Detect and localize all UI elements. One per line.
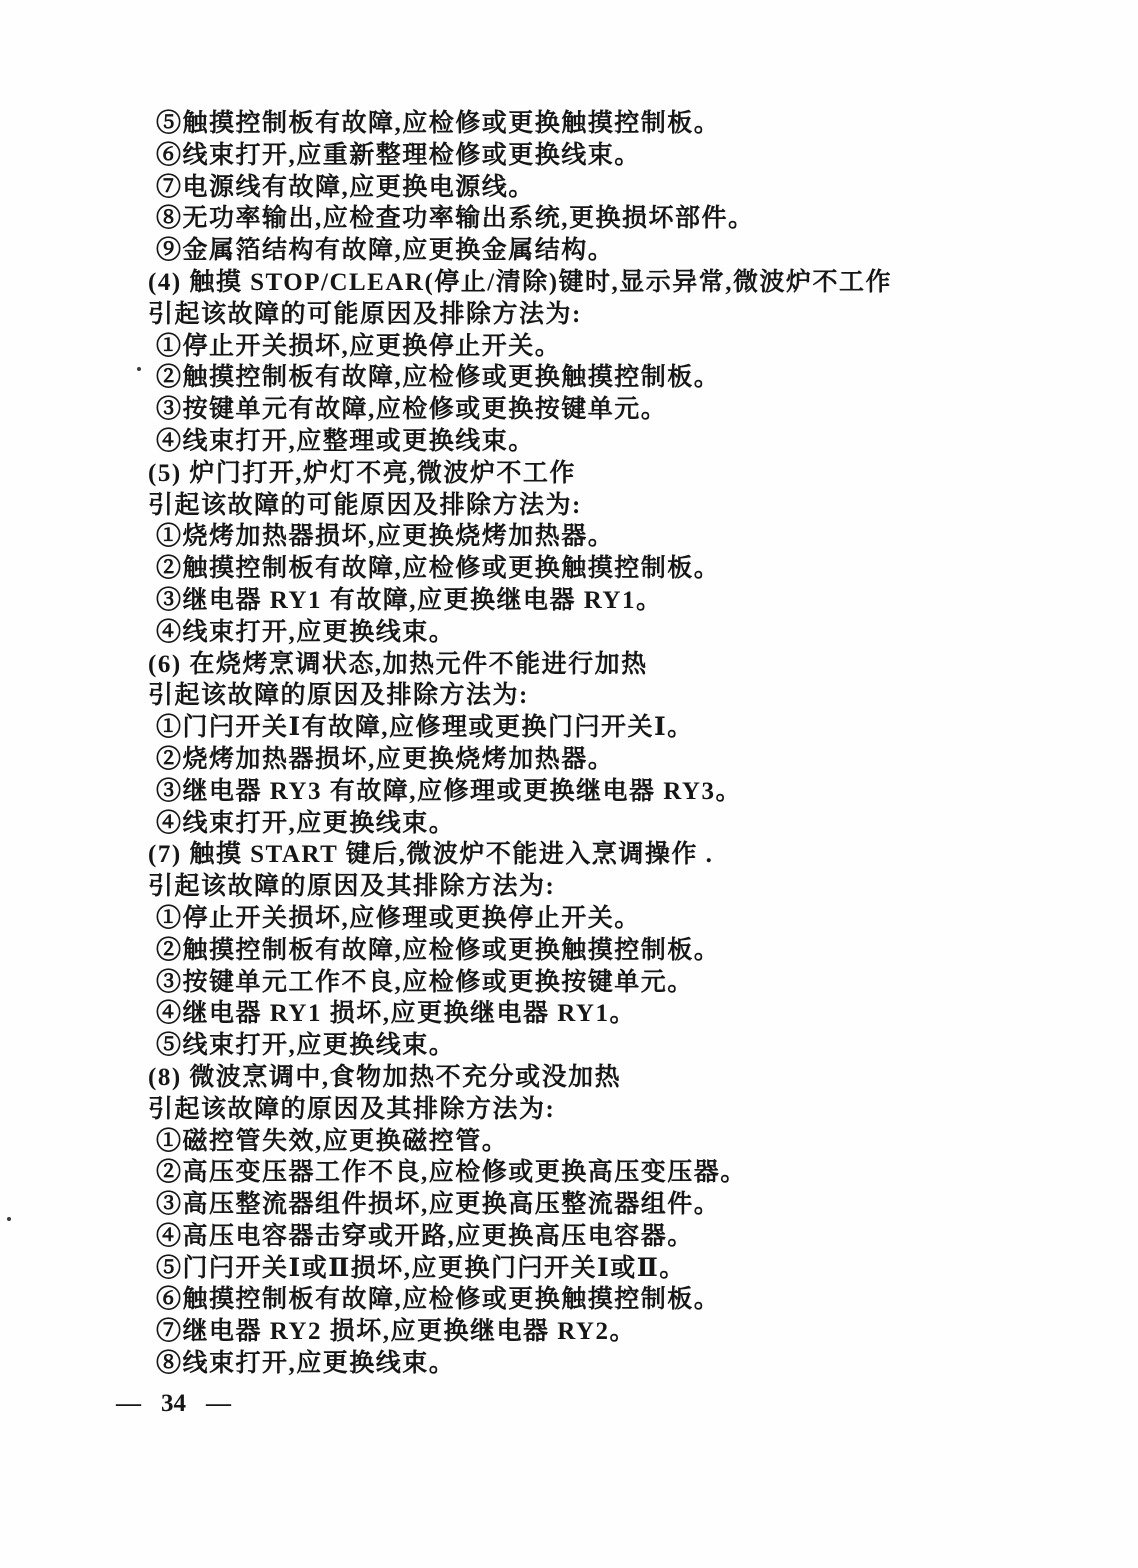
fault-item: ③按键单元有故障,应检修或更换按键单元。 — [0, 394, 1138, 426]
fault-item: ⑦电源线有故障,应更换电源线。 — [0, 172, 1138, 204]
fault-item: ⑧无功率输出,应检查功率输出系统,更换损坏部件。 — [0, 203, 1138, 235]
fault-item: ①停止开关损坏,应更换停止开关。 — [0, 331, 1138, 363]
section-intro: 引起该故障的可能原因及排除方法为: — [0, 490, 1138, 522]
page-number: 34 — [161, 1390, 186, 1417]
section-header: (6) 在烧烤烹调状态,加热元件不能进行加热 — [0, 649, 1138, 681]
fault-item: ③继电器 RY1 有故障,应更换继电器 RY1。 — [0, 585, 1138, 617]
fault-item: ⑤触摸控制板有故障,应检修或更换触摸控制板。 — [0, 108, 1138, 140]
section-header: (5) 炉门打开,炉灯不亮,微波炉不工作 — [0, 458, 1138, 490]
fault-item: ⑧线束打开,应更换线束。 — [0, 1348, 1138, 1380]
fault-item: ②烧烤加热器损坏,应更换烧烤加热器。 — [0, 744, 1138, 776]
footer-dash-right: — — [206, 1390, 231, 1417]
footer-dash-left: — — [116, 1390, 141, 1417]
fault-item: ④线束打开,应整理或更换线束。 — [0, 426, 1138, 458]
fault-item: ③继电器 RY3 有故障,应修理或更换继电器 RY3。 — [0, 776, 1138, 808]
section-header: (4) 触摸 STOP/CLEAR(停止/清除)键时,显示异常,微波炉不工作 — [0, 267, 1138, 299]
fault-item: ④高压电容器击穿或开路,应更换高压电容器。 — [0, 1221, 1138, 1253]
fault-item: ④继电器 RY1 损坏,应更换继电器 RY1。 — [0, 998, 1138, 1030]
fault-item: ①磁控管失效,应更换磁控管。 — [0, 1126, 1138, 1158]
fault-item: ③按键单元工作不良,应检修或更换按键单元。 — [0, 967, 1138, 999]
section-intro: 引起该故障的原因及排除方法为: — [0, 680, 1138, 712]
fault-item: ⑨金属箔结构有故障,应更换金属结构。 — [0, 235, 1138, 267]
section-header: (7) 触摸 START 键后,微波炉不能进入烹调操作 . — [0, 839, 1138, 871]
fault-item: ⑦继电器 RY2 损坏,应更换继电器 RY2。 — [0, 1316, 1138, 1348]
section-intro: 引起该故障的可能原因及排除方法为: — [0, 299, 1138, 331]
fault-item: ②高压变压器工作不良,应检修或更换高压变压器。 — [0, 1157, 1138, 1189]
section-intro: 引起该故障的原因及其排除方法为: — [0, 1094, 1138, 1126]
section-header: (8) 微波烹调中,食物加热不充分或没加热 — [0, 1062, 1138, 1094]
fault-item: ①门闩开关Ⅰ有故障,应修理或更换门闩开关Ⅰ。 — [0, 712, 1138, 744]
fault-item: ⑤线束打开,应更换线束。 — [0, 1030, 1138, 1062]
fault-item: ①停止开关损坏,应修理或更换停止开关。 — [0, 903, 1138, 935]
document-page: ⑤触摸控制板有故障,应检修或更换触摸控制板。⑥线束打开,应重新整理检修或更换线束… — [0, 0, 1138, 1568]
page-footer: —34— — [116, 1388, 231, 1420]
fault-item: ⑥线束打开,应重新整理检修或更换线束。 — [0, 140, 1138, 172]
fault-item: ⑤门闩开关Ⅰ或Ⅱ损坏,应更换门闩开关Ⅰ或Ⅱ。 — [0, 1253, 1138, 1285]
scan-speck — [7, 1217, 11, 1221]
scan-speck — [137, 367, 141, 371]
fault-item: ④线束打开,应更换线束。 — [0, 808, 1138, 840]
fault-item: ③高压整流器组件损坏,应更换高压整流器组件。 — [0, 1189, 1138, 1221]
fault-item: ①烧烤加热器损坏,应更换烧烤加热器。 — [0, 521, 1138, 553]
fault-item: ⑥触摸控制板有故障,应检修或更换触摸控制板。 — [0, 1284, 1138, 1316]
fault-item: ②触摸控制板有故障,应检修或更换触摸控制板。 — [0, 362, 1138, 394]
section-intro: 引起该故障的原因及其排除方法为: — [0, 871, 1138, 903]
fault-item: ②触摸控制板有故障,应检修或更换触摸控制板。 — [0, 935, 1138, 967]
document-body: ⑤触摸控制板有故障,应检修或更换触摸控制板。⑥线束打开,应重新整理检修或更换线束… — [0, 108, 1138, 1380]
fault-item: ②触摸控制板有故障,应检修或更换触摸控制板。 — [0, 553, 1138, 585]
fault-item: ④线束打开,应更换线束。 — [0, 617, 1138, 649]
